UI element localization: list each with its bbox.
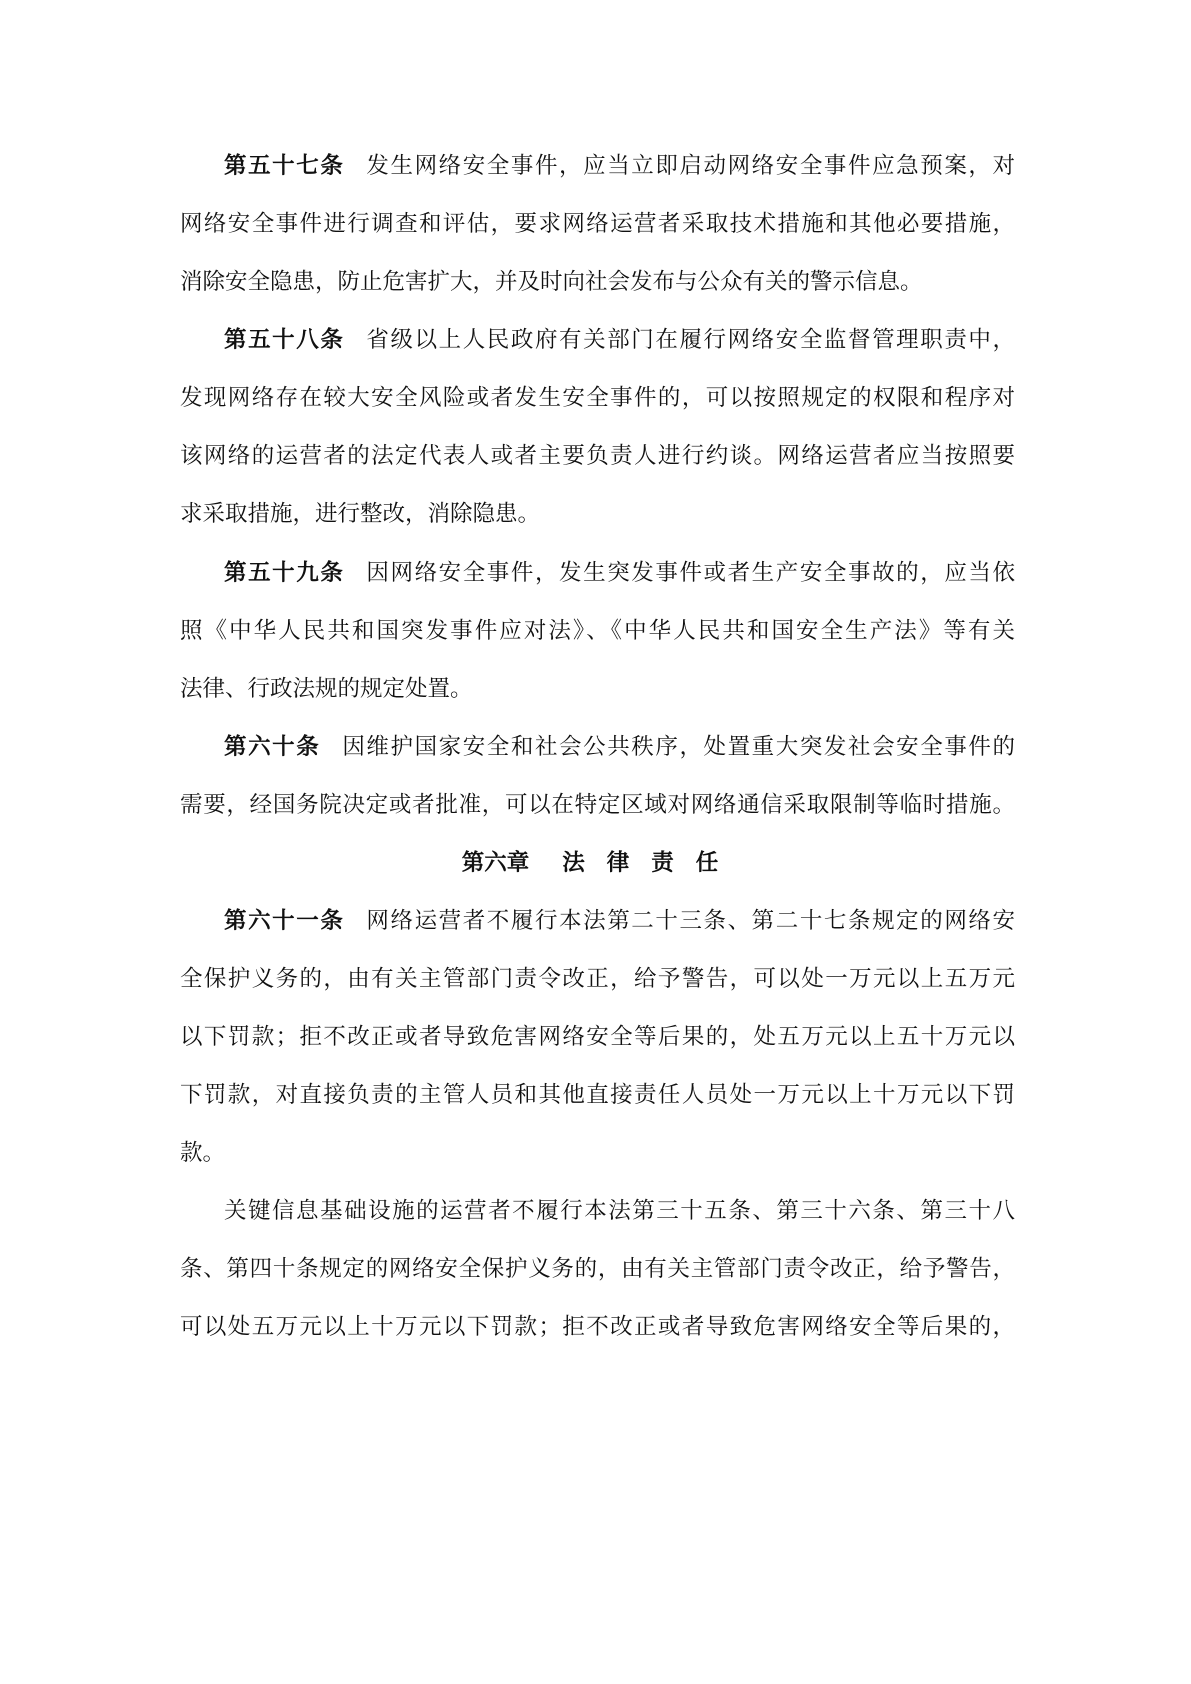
article-57-line-3: 消除安全隐患，防止危害扩大，并及时向社会发布与公众有关的警示信息。: [180, 262, 1015, 302]
article-59-line-3: 法律、行政法规的规定处置。: [180, 669, 1015, 709]
chapter-heading: 第六章法律责任: [0, 843, 1191, 883]
article-61-para-2-line-1: 关键信息基础设施的运营者不履行本法第三十五条、第三十六条、第三十八: [224, 1191, 1015, 1231]
article-61-line-3: 以下罚款；拒不改正或者导致危害网络安全等后果的，处五万元以上五十万元以: [180, 1017, 1015, 1057]
article-61-text-1: 网络运营者不履行本法第二十三条、第二十七条规定的网络安: [366, 908, 1015, 934]
article-57-line-1: 第五十七条发生网络安全事件，应当立即启动网络安全事件应急预案，对: [224, 146, 1015, 186]
chapter-title-char-4: 任: [696, 850, 719, 876]
article-58-text-1: 省级以上人民政府有关部门在履行网络安全监督管理职责中，: [366, 327, 1015, 353]
article-60-title: 第六十条: [224, 734, 320, 760]
article-59-title: 第五十九条: [224, 560, 344, 586]
chapter-title-char-3: 责: [651, 850, 674, 876]
article-61-line-5: 款。: [180, 1133, 1015, 1173]
article-60-line-2: 需要，经国务院决定或者批准，可以在特定区域对网络通信采取限制等临时措施。: [180, 785, 1015, 825]
article-58-line-3: 该网络的运营者的法定代表人或者主要负责人进行约谈。网络运营者应当按照要: [180, 436, 1015, 476]
article-59-line-1: 第五十九条因网络安全事件，发生突发事件或者生产安全事故的，应当依: [224, 553, 1015, 593]
chapter-title-char-2: 律: [607, 850, 630, 876]
article-57-line-2: 网络安全事件进行调查和评估，要求网络运营者采取技术措施和其他必要措施，: [180, 204, 1015, 244]
article-60-line-1: 第六十条因维护国家安全和社会公共秩序，处置重大突发社会安全事件的: [224, 727, 1015, 767]
article-58-title: 第五十八条: [224, 327, 344, 353]
article-58-line-4: 求采取措施，进行整改，消除隐患。: [180, 494, 1015, 534]
article-61-line-2: 全保护义务的，由有关主管部门责令改正，给予警告，可以处一万元以上五万元: [180, 959, 1015, 999]
document-page: 第五十七条发生网络安全事件，应当立即启动网络安全事件应急预案，对 网络安全事件进…: [0, 0, 1191, 1684]
article-58-line-2: 发现网络存在较大安全风险或者发生安全事件的，可以按照规定的权限和程序对: [180, 378, 1015, 418]
article-57-text-1: 发生网络安全事件，应当立即启动网络安全事件应急预案，对: [366, 153, 1015, 179]
article-61-title: 第六十一条: [224, 908, 344, 934]
article-61-para-2-line-3: 可以处五万元以上十万元以下罚款；拒不改正或者导致危害网络安全等后果的，: [180, 1307, 1015, 1347]
article-60-text-1: 因维护国家安全和社会公共秩序，处置重大突发社会安全事件的: [342, 734, 1015, 760]
chapter-title-char-1: 法: [562, 850, 585, 876]
article-61-line-1: 第六十一条网络运营者不履行本法第二十三条、第二十七条规定的网络安: [224, 901, 1015, 941]
chapter-number: 第六章: [462, 850, 530, 876]
article-59-line-2: 照《中华人民共和国突发事件应对法》、《中华人民共和国安全生产法》等有关: [180, 611, 1015, 651]
article-57-title: 第五十七条: [224, 153, 344, 179]
article-58-line-1: 第五十八条省级以上人民政府有关部门在履行网络安全监督管理职责中，: [224, 320, 1015, 360]
article-61-para-2-line-2: 条、第四十条规定的网络安全保护义务的，由有关主管部门责令改正，给予警告，: [180, 1249, 1015, 1289]
article-61-line-4: 下罚款，对直接负责的主管人员和其他直接责任人员处一万元以上十万元以下罚: [180, 1075, 1015, 1115]
article-59-text-1: 因网络安全事件，发生突发事件或者生产安全事故的，应当依: [366, 560, 1015, 586]
